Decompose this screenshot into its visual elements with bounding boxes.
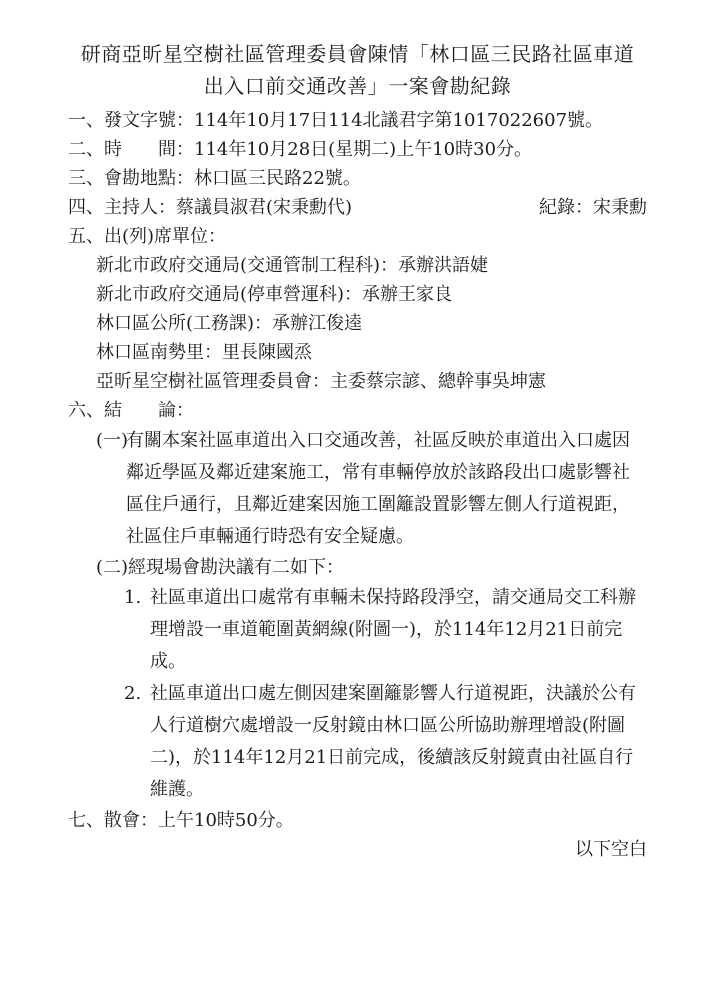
item-host-left: 四、主持人：蔡議員淑君(宋秉勳代) xyxy=(68,193,352,222)
item-adjourn: 七、散會：上午10時50分。 xyxy=(68,806,647,835)
item-conclusion-heading: 六、結 論： xyxy=(68,396,647,425)
conclusion-point-1-text: 有關本案社區車道出入口交通改善，社區反映於車道出入口處因鄰近學區及鄰近建案施工，… xyxy=(126,430,630,547)
item-host-ordinal: 四、 xyxy=(68,197,104,218)
item-time-ordinal: 二、 xyxy=(68,139,104,160)
conclusion-point-1-label: (一) xyxy=(96,425,126,457)
conclusion-point-1: (一)有關本案社區車道出入口交通改善，社區反映於車道出入口處因鄰近學區及鄰近建案… xyxy=(68,425,647,553)
item-host-text: 主持人：蔡議員淑君(宋秉勳代) xyxy=(104,197,352,218)
document-title-line-1: 研商亞昕星空樹社區管理委員會陳情「林口區三民路社區車道 xyxy=(68,38,647,70)
attendee-unit-traffic-engineering: 新北市政府交通局(交通管制工程科)：承辦洪語婕 xyxy=(68,251,647,280)
item-attendees-text: 出(列)席單位： xyxy=(104,226,226,247)
below-blank-marker: 以下空白 xyxy=(68,835,647,864)
item-dispatch-number: 一、發文字號：114年10月17日114北議君字第1017022607號。 xyxy=(68,106,647,135)
attendee-unit-village-chief: 林口區南勢里：里長陳國烝 xyxy=(68,338,647,367)
conclusion-point-2: (二)經現場會勘決議有二如下： xyxy=(68,553,647,582)
meeting-minutes-page: 研商亞昕星空樹社區管理委員會陳情「林口區三民路社區車道 出入口前交通改善」一案會… xyxy=(0,0,707,1000)
document-title: 研商亞昕星空樹社區管理委員會陳情「林口區三民路社區車道 出入口前交通改善」一案會… xyxy=(68,38,647,102)
item-location-ordinal: 三、 xyxy=(68,168,104,189)
item-conclusion-text: 結 論： xyxy=(104,400,194,421)
decision-1-text: 社區車道出口處常有車輛未保持路段淨空，請交通局交工科辦理增設一車道範圍黃網線(附… xyxy=(150,587,636,672)
attendee-unit-district-office: 林口區公所(工務課)：承辦江俊逵 xyxy=(68,309,647,338)
item-location-text: 會勘地點：林口區三民路22號。 xyxy=(104,168,361,189)
item-time-text: 時 間：114年10月28日(星期二)上午10時30分。 xyxy=(104,139,532,160)
decision-2: 2.社區車道出口處左側因建案圍籬影響人行道視距，決議於公有人行道樹穴處增設一反射… xyxy=(68,678,647,806)
item-adjourn-ordinal: 七、 xyxy=(68,810,104,831)
item-host: 四、主持人：蔡議員淑君(宋秉勳代) 紀錄：宋秉勳 xyxy=(68,193,647,222)
conclusion-point-2-text: 經現場會勘決議有二如下： xyxy=(128,557,344,578)
item-meeting-time: 二、時 間：114年10月28日(星期二)上午10時30分。 xyxy=(68,135,647,164)
item-adjourn-text: 散會：上午10時50分。 xyxy=(104,810,294,831)
decision-2-text: 社區車道出口處左側因建案圍籬影響人行道視距，決議於公有人行道樹穴處增設一反射鏡由… xyxy=(150,683,636,800)
attendee-unit-parking-operations: 新北市政府交通局(停車營運科)：承辦王家良 xyxy=(68,280,647,309)
decision-1-number: 1. xyxy=(124,582,150,614)
decision-2-number: 2. xyxy=(124,678,150,710)
item-meeting-location: 三、會勘地點：林口區三民路22號。 xyxy=(68,164,647,193)
item-attendees-ordinal: 五、 xyxy=(68,226,104,247)
attendee-unit-community-committee: 亞昕星空樹社區管理委員會：主委蔡宗諺、總幹事吳坤憲 xyxy=(68,367,647,396)
item-dispatch-ordinal: 一、 xyxy=(68,110,104,131)
item-attendees-heading: 五、出(列)席單位： xyxy=(68,222,647,251)
item-dispatch-text: 發文字號：114年10月17日114北議君字第1017022607號。 xyxy=(104,110,603,131)
item-conclusion-ordinal: 六、 xyxy=(68,400,104,421)
decision-1: 1.社區車道出口處常有車輛未保持路段淨空，請交通局交工科辦理增設一車道範圍黃網線… xyxy=(68,582,647,678)
document-title-line-2: 出入口前交通改善」一案會勘紀錄 xyxy=(68,70,647,102)
conclusion-point-2-label: (二) xyxy=(96,557,128,578)
recorder-label: 紀錄：宋秉勳 xyxy=(539,193,647,222)
